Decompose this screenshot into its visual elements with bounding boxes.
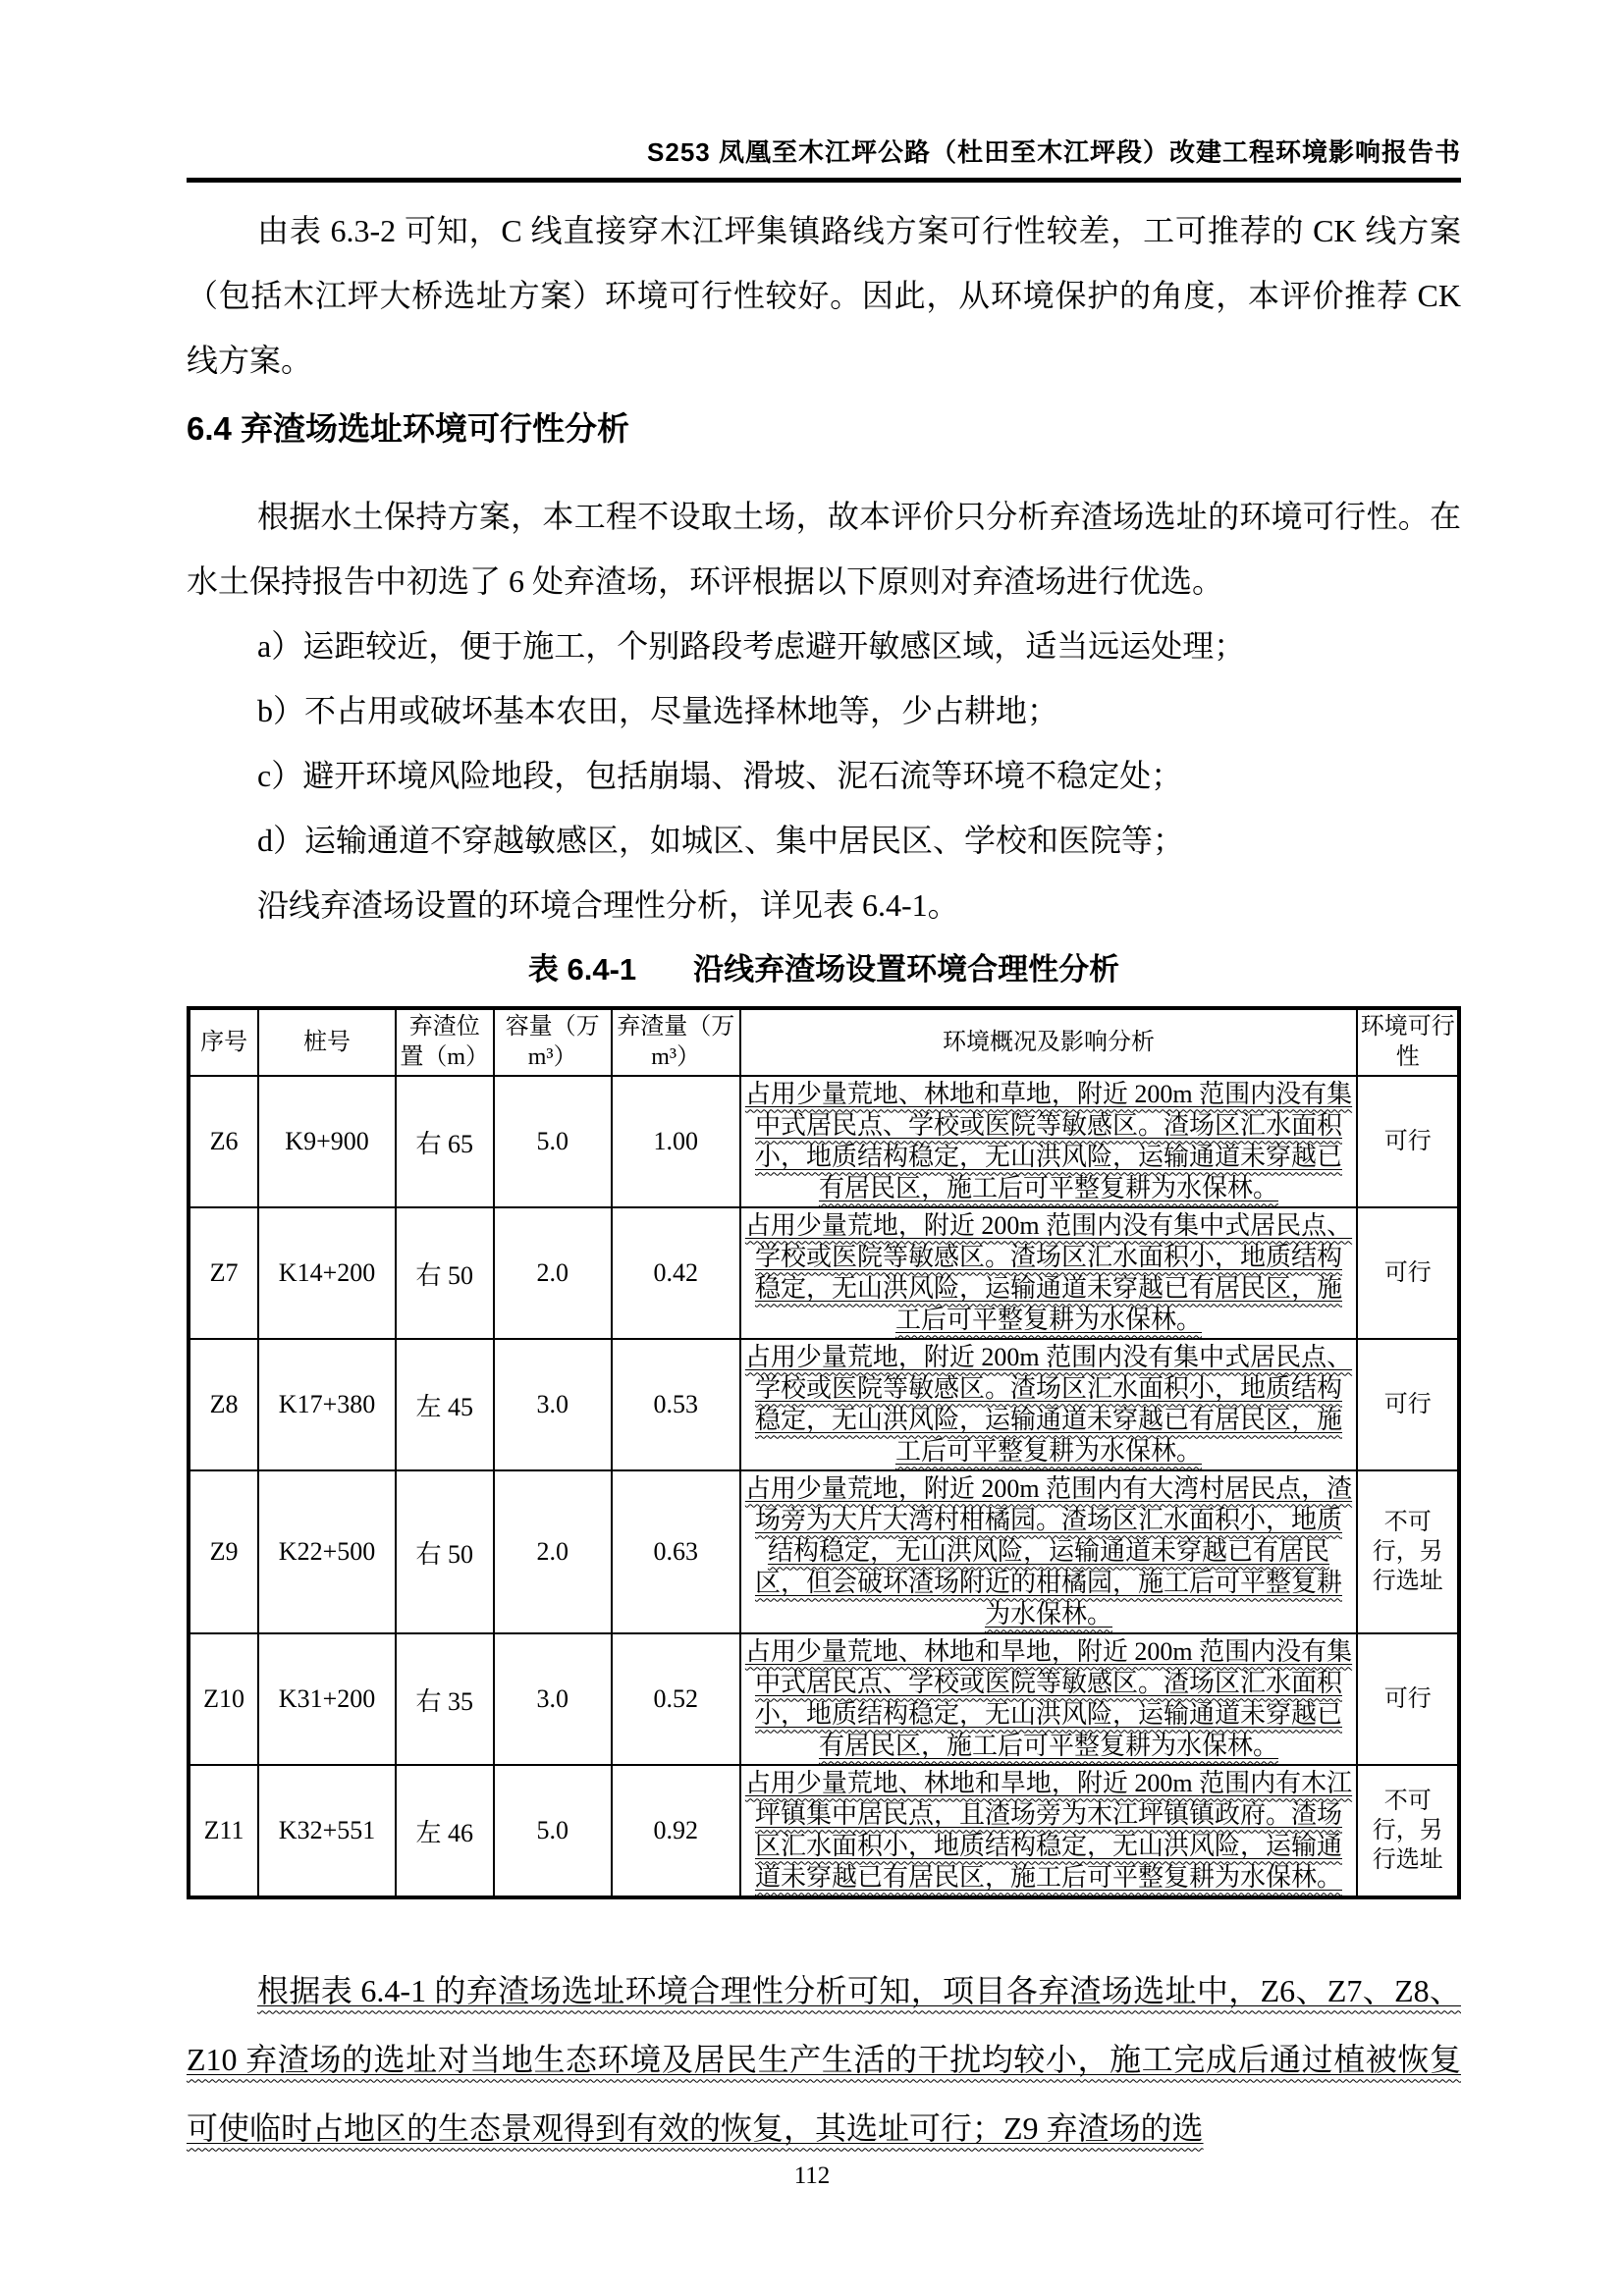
table-row: Z11 K32+551 左 46 5.0 0.92 占用少量荒地、林地和旱地，附… [189, 1765, 1459, 1897]
cell-analysis: 占用少量荒地，附近 200m 范围内没有集中式居民点、学校或医院等敏感区。渣场区… [740, 1207, 1358, 1339]
table-row: Z7 K14+200 右 50 2.0 0.42 占用少量荒地，附近 200m … [189, 1207, 1459, 1339]
paragraph-route-conclusion: 由表 6.3-2 可知，C 线直接穿木江坪集镇路线方案可行性较差，工可推荐的 C… [187, 198, 1461, 393]
report-page: S253 凤凰至木江坪公路（杜田至木江坪段）改建工程环境影响报告书 由表 6.3… [0, 0, 1624, 2296]
col-header-analysis: 环境概况及影响分析 [740, 1008, 1358, 1076]
cell-id: Z9 [189, 1470, 258, 1633]
table-caption-label: 表 6.4-1 [528, 952, 636, 987]
principle-item-d: d）运输通道不穿越敏感区，如城区、集中居民区、学校和医院等； [187, 808, 1461, 873]
page-number: 112 [0, 2163, 1624, 2190]
col-header-index: 序号 [189, 1008, 258, 1076]
cell-id: Z6 [189, 1076, 258, 1207]
cell-stake: K9+900 [258, 1076, 396, 1207]
paragraph-see-table: 沿线弃渣场设置的环境合理性分析，详见表 6.4-1。 [187, 873, 1461, 937]
header-rule [187, 178, 1461, 183]
cell-feasibility: 不可行，另行选址 [1357, 1765, 1459, 1897]
cell-stake: K22+500 [258, 1470, 396, 1633]
table-row: Z10 K31+200 右 35 3.0 0.52 占用少量荒地、林地和旱地，附… [189, 1633, 1459, 1765]
cell-capacity: 2.0 [494, 1207, 612, 1339]
running-header: S253 凤凰至木江坪公路（杜田至木江坪段）改建工程环境影响报告书 [187, 0, 1461, 183]
table-row: Z8 K17+380 左 45 3.0 0.53 占用少量荒地，附近 200m … [189, 1339, 1459, 1470]
principle-item-c: c）避开环境风险地段，包括崩塌、滑坡、泥石流等环境不稳定处； [187, 743, 1461, 808]
cell-id: Z8 [189, 1339, 258, 1470]
cell-analysis: 占用少量荒地、林地和旱地，附近 200m 范围内有木江坪镇集中居民点，且渣场旁为… [740, 1765, 1358, 1897]
table-caption-title: 沿线弃渣场设置环境合理性分析 [693, 952, 1119, 987]
cell-capacity: 3.0 [494, 1339, 612, 1470]
cell-capacity: 3.0 [494, 1633, 612, 1765]
col-header-capacity: 容量（万 m³） [494, 1008, 612, 1076]
cell-id: Z7 [189, 1207, 258, 1339]
cell-amount: 1.00 [612, 1076, 740, 1207]
cell-feasibility: 可行 [1357, 1207, 1459, 1339]
table-caption: 表 6.4-1沿线弃渣场设置环境合理性分析 [187, 947, 1461, 992]
paragraph-conclusion: 根据表 6.4-1 的弃渣场选址环境合理性分析可知，项目各弃渣场选址中，Z6、Z… [187, 1956, 1461, 2163]
cell-position: 右 50 [396, 1207, 494, 1339]
cell-position: 右 50 [396, 1470, 494, 1633]
cell-stake: K14+200 [258, 1207, 396, 1339]
col-header-feasibility: 环境可行性 [1357, 1008, 1459, 1076]
col-header-amount: 弃渣量（万 m³） [612, 1008, 740, 1076]
cell-amount: 0.63 [612, 1470, 740, 1633]
cell-capacity: 5.0 [494, 1765, 612, 1897]
cell-analysis: 占用少量荒地、林地和旱地，附近 200m 范围内没有集中式居民点、学校或医院等敏… [740, 1633, 1358, 1765]
table-row: Z6 K9+900 右 65 5.0 1.00 占用少量荒地、林地和草地，附近 … [189, 1076, 1459, 1207]
section-heading-6-4: 6.4 弃渣场选址环境可行性分析 [187, 400, 1461, 457]
cell-amount: 0.42 [612, 1207, 740, 1339]
cell-stake: K31+200 [258, 1633, 396, 1765]
cell-amount: 0.52 [612, 1633, 740, 1765]
cell-analysis: 占用少量荒地，附近 200m 范围内没有集中式居民点、学校或医院等敏感区。渣场区… [740, 1339, 1358, 1470]
table-header-row: 序号 桩号 弃渣位置（m） 容量（万 m³） 弃渣量（万 m³） 环境概况及影响… [189, 1008, 1459, 1076]
cell-amount: 0.92 [612, 1765, 740, 1897]
principle-item-a: a）运距较近，便于施工，个别路段考虑避开敏感区域，适当远运处理； [187, 614, 1461, 678]
cell-amount: 0.53 [612, 1339, 740, 1470]
cell-feasibility: 可行 [1357, 1339, 1459, 1470]
cell-position: 右 35 [396, 1633, 494, 1765]
cell-id: Z10 [189, 1633, 258, 1765]
cell-feasibility: 可行 [1357, 1633, 1459, 1765]
cell-feasibility: 可行 [1357, 1076, 1459, 1207]
spoil-ground-table: 序号 桩号 弃渣位置（m） 容量（万 m³） 弃渣量（万 m³） 环境概况及影响… [187, 1006, 1461, 1899]
table-row: Z9 K22+500 右 50 2.0 0.63 占用少量荒地，附近 200m … [189, 1470, 1459, 1633]
cell-capacity: 5.0 [494, 1076, 612, 1207]
cell-feasibility: 不可行，另行选址 [1357, 1470, 1459, 1633]
cell-position: 左 45 [396, 1339, 494, 1470]
cell-stake: K17+380 [258, 1339, 396, 1470]
cell-position: 右 65 [396, 1076, 494, 1207]
cell-analysis: 占用少量荒地，附近 200m 范围内有大湾村居民点，渣场旁为大片大湾村柑橘园。渣… [740, 1470, 1358, 1633]
cell-id: Z11 [189, 1765, 258, 1897]
document-title: S253 凤凰至木江坪公路（杜田至木江坪段）改建工程环境影响报告书 [647, 137, 1461, 167]
paragraph-spoil-intro: 根据水土保持方案，本工程不设取土场，故本评价只分析弃渣场选址的环境可行性。在水土… [187, 484, 1461, 614]
cell-analysis: 占用少量荒地、林地和草地，附近 200m 范围内没有集中式居民点、学校或医院等敏… [740, 1076, 1358, 1207]
principle-item-b: b）不占用或破坏基本农田，尽量选择林地等，少占耕地； [187, 678, 1461, 743]
col-header-stake: 桩号 [258, 1008, 396, 1076]
cell-capacity: 2.0 [494, 1470, 612, 1633]
cell-position: 左 46 [396, 1765, 494, 1897]
col-header-position: 弃渣位置（m） [396, 1008, 494, 1076]
cell-stake: K32+551 [258, 1765, 396, 1897]
